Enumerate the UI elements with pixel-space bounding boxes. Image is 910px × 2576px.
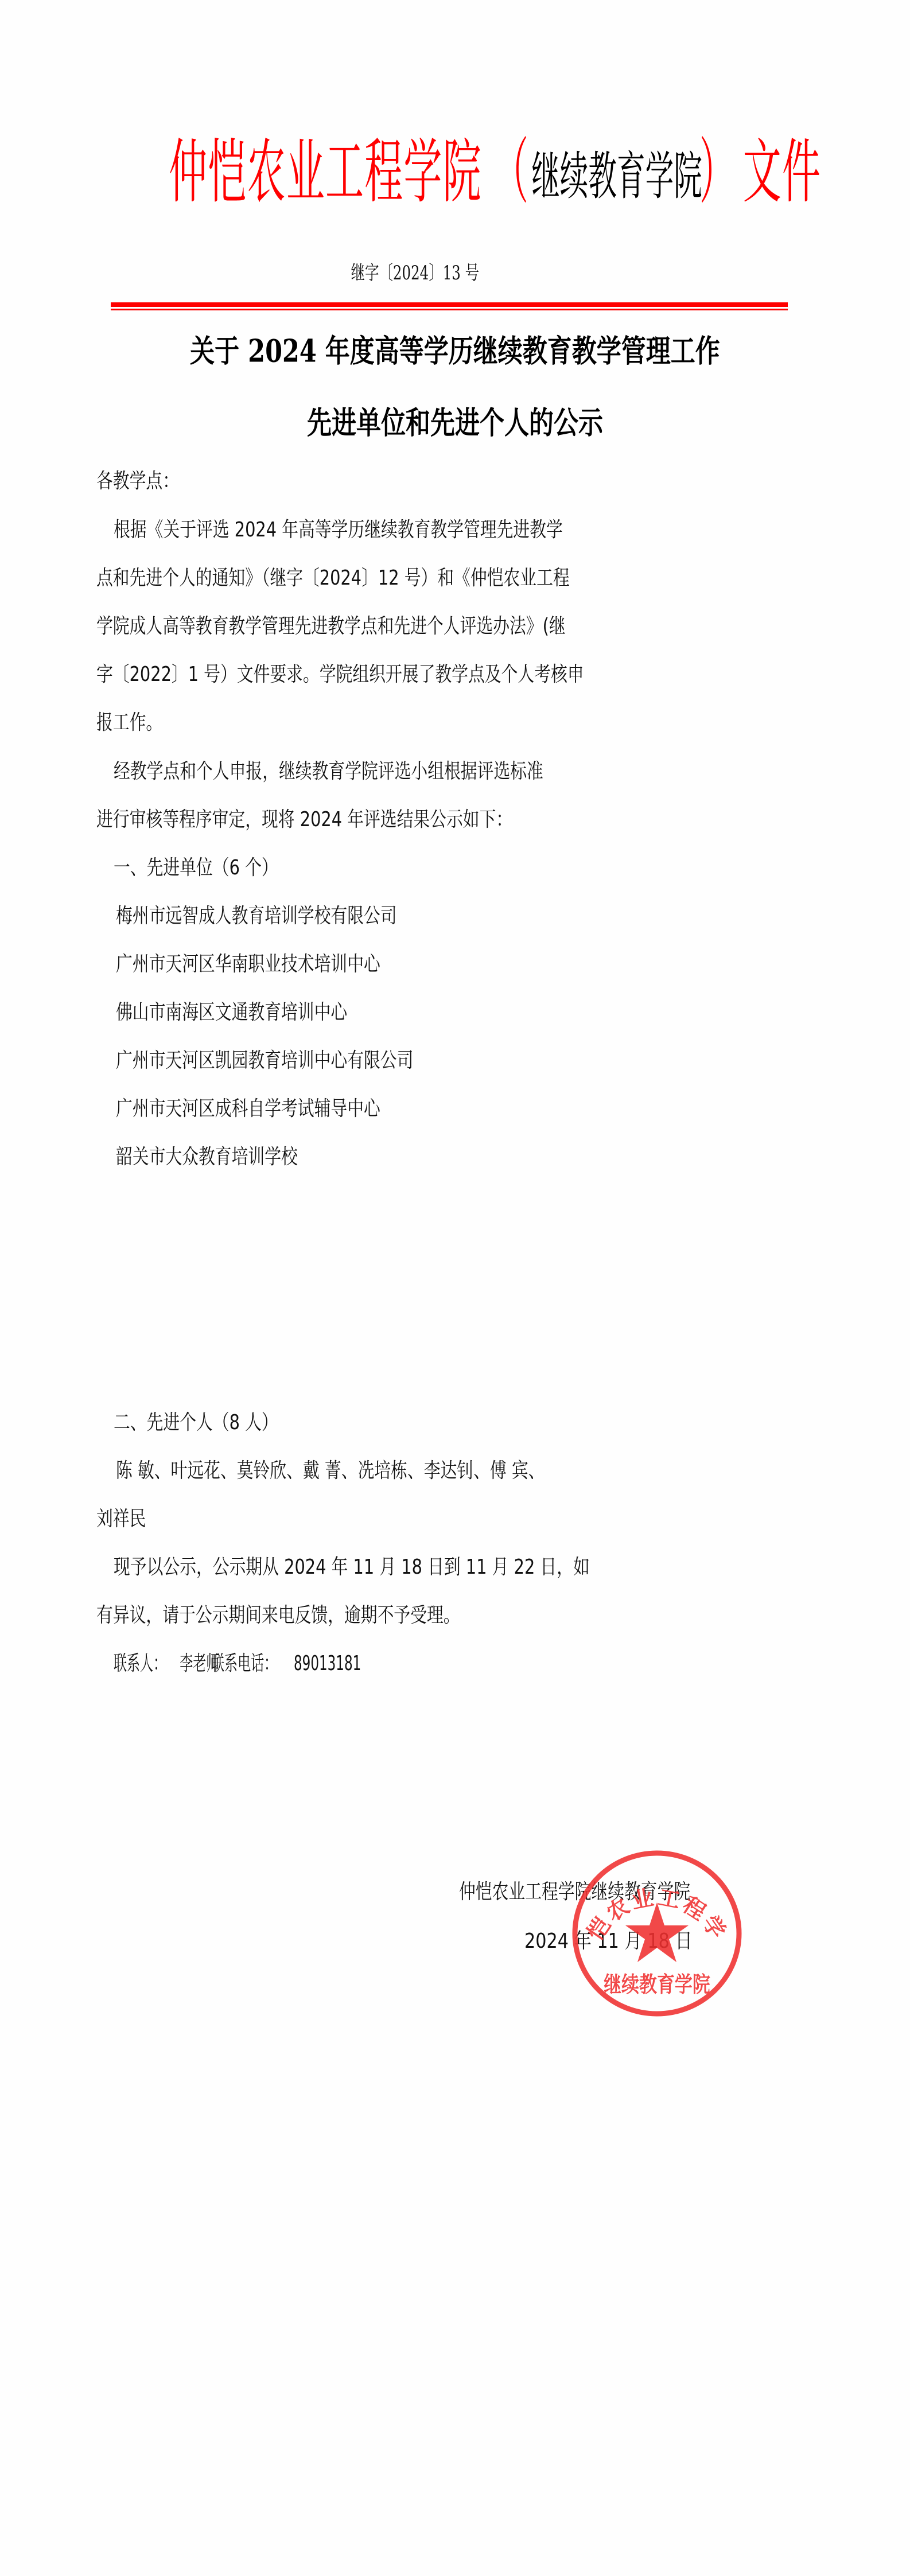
- masthead-open-paren: （: [494, 137, 528, 208]
- p2-line-2-text: 进行审核等程序审定，现将 2024 年评选结果公示如下：: [96, 807, 512, 832]
- p1-line-3-text: 学院成人高等教育教学管理先进教学点和先进个人评选办法》(继: [96, 614, 566, 639]
- unit-list-item: 广州市天河区成科自学考试辅导中心: [116, 1096, 823, 1122]
- document-number-text: 继字〔2024〕13 号: [351, 257, 479, 285]
- unit-list-item: 佛山市南海区文通教育培训中心: [116, 1000, 823, 1025]
- unit-name: 广州市天河区华南职业技术培训中心: [116, 952, 380, 977]
- individuals-names-text-1: 陈 敏、叶远花、莫铃欣、戴 菁、冼培栋、李达钊、傅 宾、: [116, 1458, 545, 1484]
- unit-name: 广州市天河区凯园教育培训中心有限公司: [116, 1048, 413, 1073]
- p1-line-5-text: 报工作。: [96, 710, 162, 736]
- red-rule-thick: [111, 302, 788, 307]
- p2-line-1-text: 经教学点和个人申报，继续教育学院评选小组根据评选标准: [114, 759, 543, 784]
- individuals-names-line-1: 陈 敏、叶远花、莫铃欣、戴 菁、冼培栋、李达钊、傅 宾、: [116, 1458, 823, 1484]
- p1-line-1-text: 根据《关于评选 2024 年高等学历继续教育教学管理先进教学: [114, 517, 563, 543]
- masthead-institution: 仲恺农业工程学院: [169, 138, 482, 208]
- p1-line-4-text: 字〔2022〕1 号）文件要求。学院组织开展了教学点及个人考核申: [96, 662, 584, 687]
- notice-line-2: 有异议，请于公示期间来电反馈，逾期不予受理。: [96, 1603, 803, 1628]
- notice-line-1: 现予以公示，公示期从 2024 年 11 月 18 日到 11 月 22 日，如: [114, 1555, 820, 1580]
- unit-name: 韶关市大众教育培训学校: [116, 1145, 298, 1170]
- salutation-text: 各教学点：: [96, 469, 179, 494]
- unit-name: 广州市天河区成科自学考试辅导中心: [116, 1096, 380, 1122]
- section-units-heading: 一、先进单位（6 个）: [114, 855, 820, 881]
- contact-phone-value: 89013181: [294, 1651, 361, 1676]
- salutation: 各教学点：: [96, 469, 803, 494]
- individuals-names-text-2: 刘祥民: [96, 1507, 146, 1532]
- paragraph-2-line-1: 经教学点和个人申报，继续教育学院评选小组根据评选标准: [114, 759, 820, 784]
- paragraph-1-line-1: 根据《关于评选 2024 年高等学历继续教育教学管理先进教学: [114, 517, 820, 543]
- unit-list-item: 广州市天河区凯园教育培训中心有限公司: [116, 1048, 823, 1073]
- section-individuals-heading-text: 二、先进个人（8 人）: [114, 1410, 278, 1435]
- individuals-names-line-2: 刘祥民: [96, 1507, 803, 1532]
- notice-line-2-text: 有异议，请于公示期间来电反馈，逾期不予受理。: [96, 1603, 460, 1628]
- title-line-2-text: 先进单位和先进个人的公示: [307, 398, 603, 443]
- masthead-department: 继续教育学院: [531, 151, 702, 203]
- contact-phone: 联系电话：89013181: [211, 1651, 910, 1676]
- paragraph-1-line-3: 学院成人高等教育教学管理先进教学点和先进个人评选办法》(继: [96, 614, 803, 639]
- masthead-close-paren: ）: [699, 137, 733, 208]
- section-units-heading-text: 一、先进单位（6 个）: [114, 855, 278, 881]
- unit-name: 佛山市南海区文通教育培训中心: [116, 1000, 347, 1025]
- document-title-line-1: 关于 2024 年度高等学历继续教育教学管理工作: [0, 328, 910, 369]
- paragraph-2-line-2: 进行审核等程序审定，现将 2024 年评选结果公示如下：: [96, 807, 803, 832]
- p1-line-2-text: 点和先进个人的通知》（继字〔2024〕12 号）和《仲恺农业工程: [96, 566, 570, 591]
- section-individuals-heading: 二、先进个人（8 人）: [114, 1410, 820, 1435]
- document-page: 仲恺农业工程学院 （ 继续教育学院 ） 文件 继字〔2024〕13 号 关于 2…: [0, 0, 910, 2576]
- document-number: 继字〔2024〕13 号: [0, 257, 910, 285]
- official-seal-stamp-icon: 仲恺农业工程学院 继续教育学院: [568, 1847, 746, 2019]
- unit-list-item: 广州市天河区华南职业技术培训中心: [116, 952, 823, 977]
- title-line-1-text: 关于 2024 年度高等学历继续教育教学管理工作: [190, 326, 720, 371]
- paragraph-1-line-2: 点和先进个人的通知》（继字〔2024〕12 号）和《仲恺农业工程: [96, 566, 803, 591]
- notice-line-1-text: 现予以公示，公示期从 2024 年 11 月 18 日到 11 月 22 日，如: [114, 1555, 590, 1580]
- contact-phone-label: 联系电话：: [211, 1651, 277, 1676]
- unit-list-item: 韶关市大众教育培训学校: [116, 1145, 823, 1170]
- paragraph-1-line-4: 字〔2022〕1 号）文件要求。学院组织开展了教学点及个人考核申: [96, 662, 803, 687]
- document-title-line-2: 先进单位和先进个人的公示: [0, 400, 910, 441]
- contact-person-label: 联系人：: [114, 1651, 166, 1676]
- unit-list-item: 梅州市远智成人教育培训学校有限公司: [116, 904, 823, 929]
- paragraph-1-line-5: 报工作。: [96, 710, 803, 736]
- masthead-suffix: 文件: [743, 138, 821, 208]
- masthead: 仲恺农业工程学院 （ 继续教育学院 ） 文件: [86, 130, 832, 216]
- seal-bottom-text: 继续教育学院: [604, 1972, 710, 1998]
- red-rule-thin: [111, 309, 788, 310]
- unit-name: 梅州市远智成人教育培训学校有限公司: [116, 904, 397, 929]
